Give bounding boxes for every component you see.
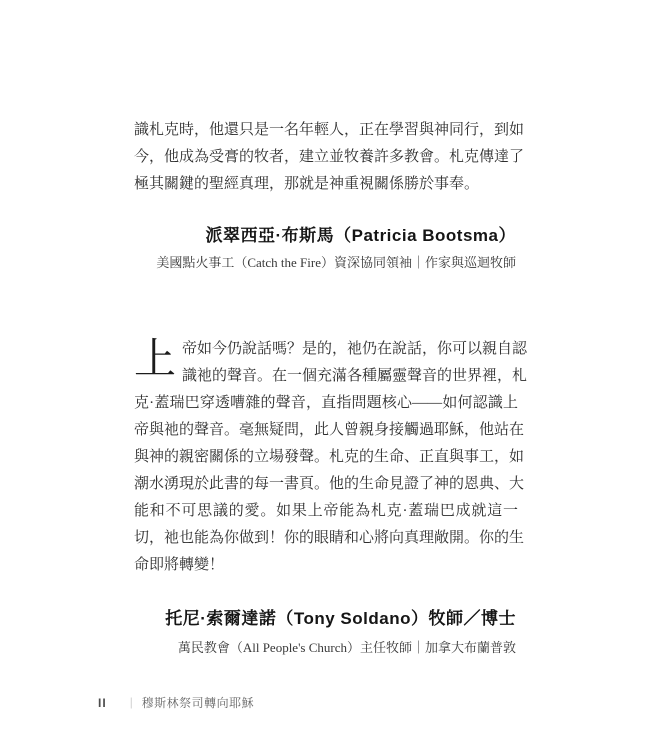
paragraph-line: 帝如今仍說話嗎？是的，祂仍在說話，你可以親自認	[134, 336, 518, 363]
paragraph-line: 識祂的聲音。在一個充滿各種屬靈聲音的世界裡，札	[134, 363, 518, 390]
book-title: 穆斯林祭司轉向耶穌	[142, 694, 255, 711]
paragraph-line: 與神的親密關係的立場發聲。札克的生命、正直與事工，如	[134, 444, 518, 471]
paragraph-line: 切，祂也能為你做到！你的眼睛和心將向真理敞開。你的生	[134, 525, 518, 552]
paragraph-line: 極其關鍵的聖經真理，那就是神重視關係勝於事奉。	[134, 171, 518, 198]
page-number: II	[98, 696, 107, 710]
book-page: 識札克時，他還只是一名年輕人，正在學習與神同行，到如 今，他成為受膏的牧者，建立…	[0, 0, 650, 750]
paragraph-line: 今，他成為受膏的牧者，建立並牧養許多教會。札克傳達了	[134, 144, 518, 171]
endorsement-1-paragraph: 識札克時，他還只是一名年輕人，正在學習與神同行，到如 今，他成為受膏的牧者，建立…	[134, 117, 518, 198]
paragraph-line: 帝與祂的聲音。毫無疑問，此人曾親身接觸過耶穌，他站在	[134, 417, 518, 444]
paragraph-line: 識札克時，他還只是一名年輕人，正在學習與神同行，到如	[134, 117, 518, 144]
endorsement-2-author-name: 托尼·索爾達諾（Tony Soldano）牧師／博士	[134, 608, 516, 630]
endorsement-2-paragraph: 上 帝如今仍說話嗎？是的，祂仍在說話，你可以親自認 識祂的聲音。在一個充滿各種屬…	[134, 336, 518, 579]
footer-separator: ｜	[126, 695, 137, 711]
paragraph-line: 能和不可思議的愛。如果上帝能為札克·蓋瑞巴成就這一	[134, 498, 518, 525]
page-footer: II ｜ 穆斯林祭司轉向耶穌	[98, 694, 254, 711]
drop-cap-character: 上	[134, 338, 178, 382]
paragraph-line: 克·蓋瑞巴穿透嘈雜的聲音，直指問題核心——如何認識上	[134, 390, 518, 417]
paragraph-line: 潮水湧現於此書的每一書頁。他的生命見證了神的恩典、大	[134, 471, 518, 498]
endorsement-1-author-credential: 美國點火事工（Catch the Fire）資深協同領袖｜作家與巡迴牧師	[134, 253, 516, 272]
endorsement-2-author-credential: 萬民教會（All People's Church）主任牧師｜加拿大布蘭普敦	[134, 638, 516, 657]
paragraph-line: 命即將轉變！	[134, 552, 518, 579]
endorsement-1-author-name: 派翠西亞·布斯馬（Patricia Bootsma）	[134, 225, 516, 247]
